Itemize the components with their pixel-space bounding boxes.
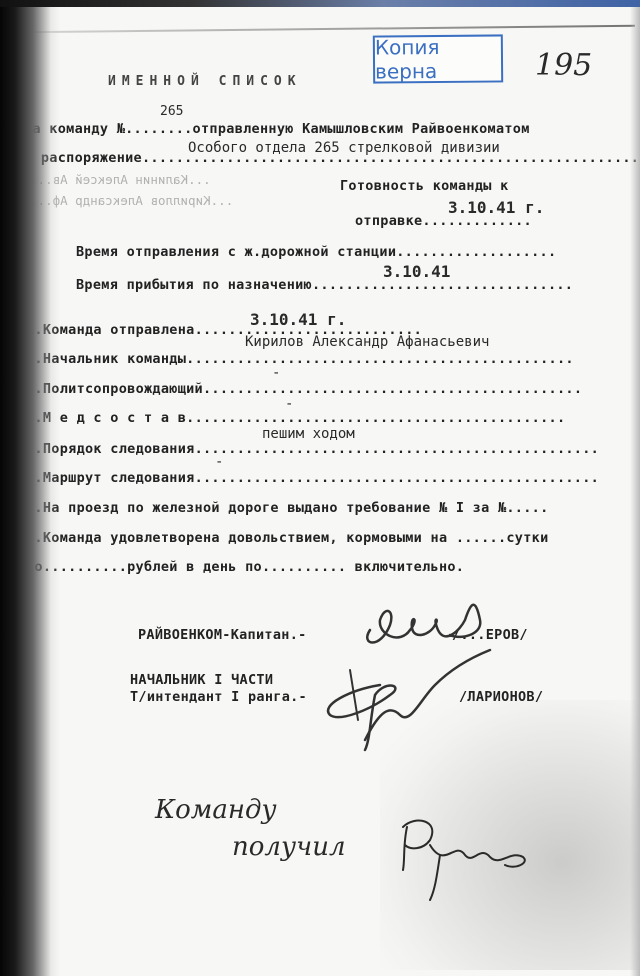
page-number: 195 — [535, 48, 592, 83]
item-2-value: Кирилов Александр Афанасьевич — [245, 334, 489, 350]
dots: ........................................… — [195, 441, 600, 457]
disposal-value: Особого отдела 265 стрелковой дивизии — [188, 140, 500, 156]
dots: ........................................… — [186, 410, 565, 426]
item-3: 3.Политсопровождающий...................… — [26, 381, 582, 397]
received-signature — [395, 815, 545, 905]
arrival-line: Время прибытия по назначению............… — [76, 277, 573, 293]
item-8: 8.Команда удовлетворена довольствием, ко… — [26, 530, 549, 546]
scan-top-band — [0, 0, 640, 7]
team-line: на команду №........отправленную Камышло… — [24, 121, 530, 137]
chief-label-line-2: Т/интендант I ранга.- — [130, 689, 307, 705]
item-6: 6.Маршрут следования....................… — [26, 470, 599, 486]
page-edge-line — [20, 25, 635, 33]
item-label: Начальник команды — [43, 351, 186, 367]
dots: ........................................… — [195, 470, 600, 486]
item-6-value: - — [215, 454, 223, 470]
scan-left-shadow — [0, 7, 60, 976]
item-label: Порядок следования — [43, 441, 195, 457]
item-label: Политсопровождающий — [43, 381, 203, 397]
item-label: Маршрут следования — [43, 470, 195, 486]
item-2: 2.Начальник команды.....................… — [26, 351, 574, 367]
chief-signature — [310, 640, 500, 760]
document-page: ...Калинин Алексей Ав... ...Кириллов Але… — [0, 0, 640, 976]
item-5-value: пешим ходом — [262, 426, 355, 442]
departure-line: Время отправления с ж.дорожной станции..… — [76, 244, 556, 260]
item-5: 5.Порядок следования....................… — [26, 441, 599, 457]
item-label: Команда отправлена — [43, 322, 195, 338]
voenkom-label: РАЙВОЕНКОМ-Капитан.- — [138, 627, 307, 643]
dots: ........................................… — [203, 381, 582, 397]
bleed-through-text: ...Кириллов Александр Аф... — [30, 193, 233, 208]
handwritten-note-line-2: получил — [232, 832, 346, 862]
item-7: 7.На проезд по железной дороге выдано тр… — [26, 500, 549, 516]
item-label: Команда удовлетворена довольствием, корм… — [43, 530, 549, 546]
readiness-suffix: отправке............. — [355, 213, 532, 229]
copy-certified-stamp: Копия верна — [373, 34, 503, 83]
item-label: М е д с о с т а в — [43, 410, 186, 426]
dots: ........................................… — [186, 351, 574, 367]
item-4: 4.М е д с о с т а в.....................… — [26, 410, 565, 426]
handwritten-note-line-1: Команду — [155, 795, 277, 825]
scan-right-edge — [630, 7, 640, 976]
item-3-value: - — [272, 365, 280, 381]
rubles-line: по..........рублей в день по.......... в… — [26, 559, 464, 575]
team-number: 265 — [160, 104, 183, 119]
readiness-label: Готовность команды к — [340, 178, 509, 194]
chief-label-line-1: НАЧАЛЬНИК I ЧАСТИ — [130, 672, 273, 688]
item-label: На проезд по железной дороге выдано треб… — [43, 500, 549, 516]
document-title: ИМЕННОЙ СПИСОК — [108, 74, 302, 89]
